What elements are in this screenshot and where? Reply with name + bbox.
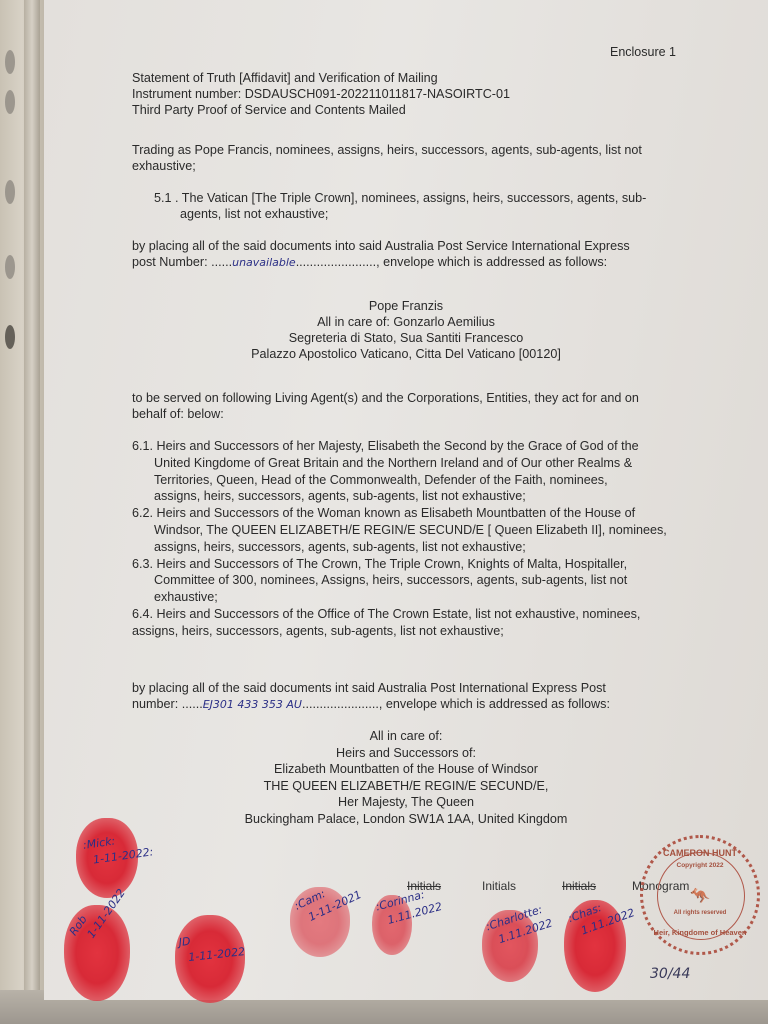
- post-number-line: number: ......EJ301 433 353 AU..........…: [132, 696, 610, 713]
- post-number-handwritten: unavailable: [232, 256, 296, 269]
- post-number-prefix: number: ......: [132, 697, 203, 711]
- kangaroo-icon: 🦘: [643, 886, 757, 906]
- trading-line: Trading as Pope Francis, nominees, assig…: [132, 142, 642, 158]
- address-line: Heirs and Successors of:: [44, 745, 768, 761]
- address-line: All in care of:: [44, 728, 768, 744]
- document-subtitle: Third Party Proof of Service and Content…: [132, 102, 406, 118]
- served-line: to be served on following Living Agent(s…: [132, 390, 639, 406]
- seal-bottom: Heir, Kingdome of Heaven: [643, 928, 757, 937]
- address-line: Her Majesty, The Queen: [44, 794, 768, 810]
- signature: JD1-11-2022: [178, 928, 246, 967]
- recipient-item: 6.1. Heirs and Successors of her Majesty…: [132, 438, 639, 454]
- post-number-handwritten: EJ301 433 353 AU: [203, 698, 302, 711]
- address-line: Pope Franzis: [44, 298, 768, 314]
- recipient-item: 6.4. Heirs and Successors of the Office …: [132, 606, 640, 622]
- address-line: Buckingham Palace, London SW1A 1AA, Unit…: [44, 811, 768, 827]
- post-number-suffix: ......................, envelope which i…: [302, 697, 610, 711]
- binder-strip: [24, 0, 40, 1024]
- seal-copyright: Copyright 2022: [643, 862, 757, 869]
- recipient-item: assigns, heirs, successors, agents, sub-…: [154, 539, 526, 555]
- page-mark: 30/44: [650, 966, 690, 982]
- binder-ring: [5, 325, 15, 349]
- binder-hole: [5, 255, 15, 279]
- binder-hole: [5, 180, 15, 204]
- placing-line: by placing all of the said documents int…: [132, 238, 630, 254]
- instrument-number: Instrument number: DSDAUSCH091-202211011…: [132, 86, 510, 102]
- recipient-item: assigns, heirs, successors, agents, sub-…: [132, 623, 504, 639]
- address-line: All in care of: Gonzarlo Aemilius: [44, 314, 768, 330]
- document-title: Statement of Truth [Affidavit] and Verif…: [132, 70, 438, 86]
- post-number-line: post Number: ......unavailable..........…: [132, 254, 607, 271]
- item-5-1: 5.1 . The Vatican [The Triple Crown], no…: [154, 190, 646, 206]
- address-line: Segreteria di Stato, Sua Santiti Frances…: [44, 330, 768, 346]
- enclosure-label: Enclosure 1: [610, 44, 676, 60]
- recipient-item: Territories, Queen, Head of the Commonwe…: [154, 472, 608, 488]
- recipient-item: exhaustive;: [154, 589, 218, 605]
- address-line: Palazzo Apostolico Vaticano, Citta Del V…: [44, 346, 768, 362]
- copyright-seal: CAMERON HUNT Copyright 2022 🦘 All rights…: [640, 835, 760, 955]
- binder-edge: [0, 0, 44, 1024]
- recipient-item: assigns, heirs, successors, agents, sub-…: [154, 488, 526, 504]
- trading-line: exhaustive;: [132, 158, 196, 174]
- post-number-prefix: post Number: ......: [132, 255, 232, 269]
- address-line: THE QUEEN ELIZABETH/E REGIN/E SECUND/E,: [44, 778, 768, 794]
- recipient-item: Windsor, The QUEEN ELIZABETH/E REGIN/E S…: [154, 522, 667, 538]
- binder-hole: [5, 90, 15, 114]
- post-number-suffix: ......................., envelope which …: [296, 255, 608, 269]
- seal-rights: All rights reserved: [643, 910, 757, 916]
- item-5-1: agents, list not exhaustive;: [180, 206, 328, 222]
- recipient-item: United Kingdome of Great Britain and the…: [154, 455, 632, 471]
- recipient-item: 6.2. Heirs and Successors of the Woman k…: [132, 505, 635, 521]
- initials-label: Initials: [562, 879, 596, 893]
- binder-hole: [5, 50, 15, 74]
- seal-name: CAMERON HUNT: [643, 848, 757, 858]
- placing-line: by placing all of the said documents int…: [132, 680, 606, 696]
- recipient-item: 6.3. Heirs and Successors of The Crown, …: [132, 556, 627, 572]
- address-line: Elizabeth Mountbatten of the House of Wi…: [44, 761, 768, 777]
- recipient-item: Committee of 300, nominees, Assigns, hei…: [154, 572, 627, 588]
- served-line: behalf of: below:: [132, 406, 224, 422]
- initials-label: Initials: [482, 879, 516, 893]
